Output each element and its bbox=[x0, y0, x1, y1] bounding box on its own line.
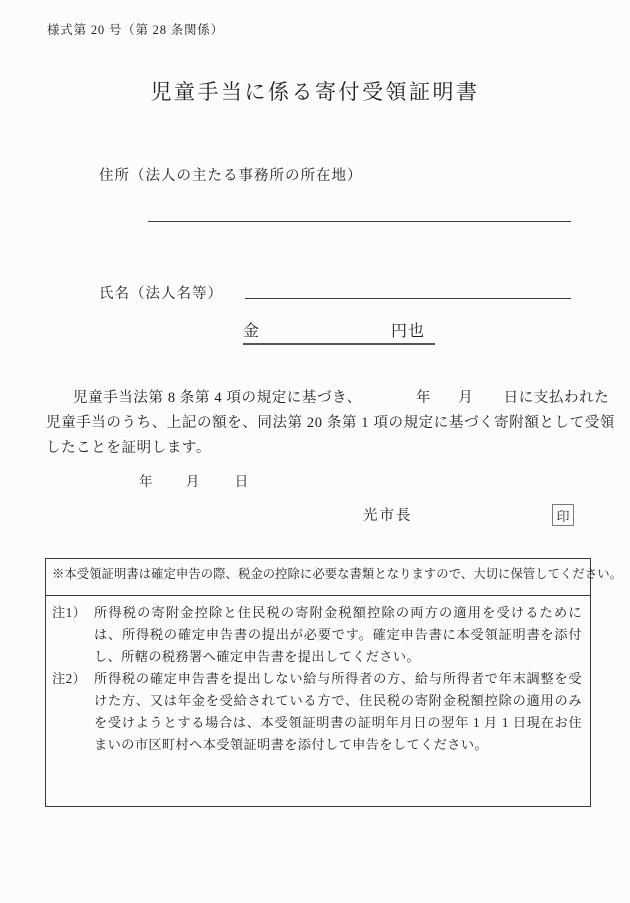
seal-stamp-box: 印 bbox=[552, 504, 574, 526]
issue-date-year-label: 年 bbox=[139, 474, 153, 489]
note-2: 注2） 所得税の確定申告書を提出しない給与所得者の方、給与所得者で年末調整を受け… bbox=[52, 668, 582, 756]
note-1: 注1） 所得税の寄附金控除と住民税の寄附金税額控除の両方の適用を受けるためには、… bbox=[52, 602, 582, 668]
name-input-line[interactable] bbox=[245, 277, 571, 299]
document-page: 様式第 20 号（第 28 条関係） 児童手当に係る寄付受領証明書 住所（法人の… bbox=[0, 0, 630, 903]
body-line1-month-label: 月 bbox=[458, 390, 473, 406]
note-1-text: 所得税の寄附金控除と住民税の寄附金税額控除の両方の適用を受けるためには、所得税の… bbox=[94, 602, 582, 668]
name-label: 氏名（法人名等） bbox=[99, 282, 223, 303]
address-input-line[interactable] bbox=[148, 200, 571, 222]
body-line1-text: 児童手当法第 8 条第 4 項の規定に基づき、 bbox=[73, 390, 362, 406]
form-number: 様式第 20 号（第 28 条関係） bbox=[47, 20, 224, 38]
body-line-2: 児童手当のうち、上記の額を、同法第 20 条第 1 項の規定に基づく寄附額として… bbox=[46, 411, 591, 436]
amount-suffix-label: 円也 bbox=[391, 318, 425, 341]
note-2-label: 注2） bbox=[52, 668, 94, 690]
body-line1-day-label: 日に支払われた bbox=[504, 390, 610, 406]
issue-date-day-label: 日 bbox=[235, 474, 249, 489]
body-line-3: したことを証明します。 bbox=[46, 436, 591, 461]
mayor-signature-label: 光市長 bbox=[363, 504, 413, 525]
notice-box: ※本受領証明書は確定申告の際、税金の控除に必要な書類となりますので、大切に保管し… bbox=[45, 558, 591, 807]
issue-date-line[interactable]: 年 月 日 bbox=[139, 470, 248, 490]
body-line1-year-label: 年 bbox=[416, 390, 431, 406]
amount-prefix-label: 金 bbox=[243, 318, 260, 341]
retention-warning-text: ※本受領証明書は確定申告の際、税金の控除に必要な書類となりますので、大切に保管し… bbox=[46, 559, 590, 596]
page-title: 児童手当に係る寄付受領証明書 bbox=[0, 76, 630, 106]
amount-input-line[interactable]: 金 円也 bbox=[243, 318, 435, 345]
notes-section: 注1） 所得税の寄附金控除と住民税の寄附金税額控除の両方の適用を受けるためには、… bbox=[46, 596, 590, 756]
note-2-text: 所得税の確定申告書を提出しない給与所得者の方、給与所得者で年末調整を受けた方、又… bbox=[94, 668, 582, 756]
certification-paragraph: 児童手当法第 8 条第 4 項の規定に基づき、 年 月 日に支払われた 児童手当… bbox=[46, 386, 591, 461]
address-label: 住所（法人の主たる事務所の所在地） bbox=[99, 164, 363, 185]
body-line-1: 児童手当法第 8 条第 4 項の規定に基づき、 年 月 日に支払われた bbox=[46, 386, 591, 411]
issue-date-month-label: 月 bbox=[186, 474, 200, 489]
note-1-label: 注1） bbox=[52, 602, 94, 624]
